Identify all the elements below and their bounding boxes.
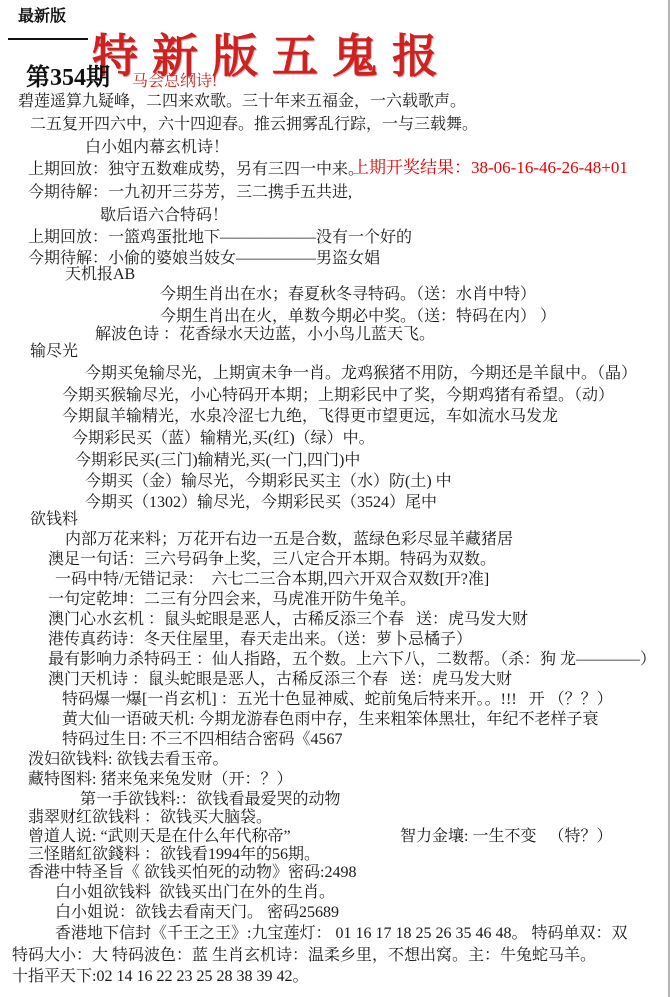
text-line: 今期彩民买(三门)输精光,买(一门,四门)中 [75, 451, 360, 470]
text-line: 碧莲遥算九疑峰，二四来欢歌。三十年来五福金，一六载歌声。 [18, 92, 466, 111]
text-line: 今期鼠羊输精光，水泉冷涩七九绝，飞得更市望更远，车如流水马发龙 [62, 407, 558, 426]
text-line: 曾道人说: “武则天是在什么年代称帝” [28, 827, 291, 846]
text-line: 特码爆一爆[一肖玄机] ：五光十色显神威、蛇前兔后特来开。。!!! 开 （？？） [62, 690, 613, 709]
text-line: 澳门天机诗 ：鼠头蛇眼是恶人，古稀反添三个春 送：虎马发大财 [48, 670, 512, 689]
text-line: 白小姐内幕玄机诗！ [85, 138, 229, 157]
text-line: 今期买（金）输尽光，今期彩民买主（水）防(土) 中 [85, 472, 452, 491]
lottery-tip-sheet: { "page": { "background": "#ffffff", "ti… [0, 0, 670, 997]
text-line: 内部万花来料；万花开右边一五是合数，蓝绿色彩尽显羊藏猪居 [65, 530, 513, 549]
issue-number: 第354期 [26, 57, 110, 92]
text-line: 三怪賭紅欲錢料 ：欲钱看1994年的56期。 [28, 845, 320, 864]
text-line: 今期买猴输尽光，小心特码开本期；上期彩民中了奖，今期鸡猪有希望。（动） [62, 386, 614, 405]
text-line: 泼妇欲钱料: 欲钱去看玉帝。 [28, 750, 228, 769]
text-line: 输尽光 [30, 342, 78, 361]
text-line: 一句定乾坤：二三有分四会来，马虎准开防牛兔羊。 [48, 590, 416, 609]
edition-label: 最新版 [18, 3, 66, 26]
text-line: 第一手欲钱料:：欲钱看最爱哭的动物 [80, 790, 340, 809]
text-line: 上期回放：一篮鸡蛋批地下——————没有一个好的 [28, 228, 412, 247]
text-line: 今期买兔输尽光，上期寅未争一肖。龙鸡猴猪不用防，今期还是羊鼠中。（晶） [85, 364, 637, 383]
text-line: 今期买（1302）输尽光，今期彩民买（3524）尾中 [85, 493, 437, 512]
text-line: 藏特图料: 猪来兔来兔发财（开：？） [28, 770, 292, 789]
text-line: 今期彩民买（蓝）输精光,买(红)（绿）中。 [72, 429, 375, 448]
text-line: 澳足一句话：三六号码争上奖，三八定合开本期。特码为双数。 [48, 550, 496, 569]
text-line: 香港中特圣旨《 欲钱买怕死的动物》密码:2498 [28, 863, 356, 882]
text-line: 上期开奖结果：38-06-16-46-26-48+01 [352, 158, 628, 177]
text-line: 最有影响力杀特码王 ：仙人指路，五个数。上六下八，二数帮。（杀：狗 龙————） [48, 650, 656, 669]
text-line: 智力金壤: 一生不变 （特？） [400, 827, 612, 846]
text-line: 白小姐欲钱料 欲钱买出门在外的生肖。 [55, 883, 335, 902]
text-line: 二五复开四六中，六十四迎春。推云拥雾乱行踪，一与三载舞。 [30, 115, 478, 134]
text-line: 香港地下信封《千王之王》:九宝莲灯： 01 16 17 18 25 26 35 … [55, 924, 627, 943]
text-line: 港传真药诗：冬天住屋里，春天走出来。（送：萝卜忌橘子） [48, 630, 472, 649]
text-line: 天机报AB [65, 265, 135, 284]
text-line: 特码过生日: 不三不四相结合密码《4567 [62, 730, 342, 749]
text-line: 欲钱料 [30, 510, 78, 529]
text-line: 十指平天下:02 14 16 22 23 25 28 38 39 42。 [12, 967, 308, 986]
text-line: 上期回放：独守五数难成势，另有三四一中来。 [28, 160, 364, 179]
sheet: 最新版 特新版五鬼报 第354期 马会总纲诗! 碧莲遥算九疑峰，二四来欢歌。三十… [0, 0, 668, 997]
text-line: 特码大小：大 特码波色：蓝 生肖玄机诗：温柔乡里，不想出窝。主：牛兔蛇马羊。 [12, 946, 596, 965]
text-line: 一码中特/无错记录： 六七二三合本期,四六开双合双数[开?准] [55, 570, 489, 589]
text-line: 歇后语六合特码！ [100, 206, 228, 225]
text-line: 翡翠财红欲钱料 ：欲钱买大脑袋。 [28, 808, 272, 827]
text-line: 解波色诗 ：花香绿水天边蓝，小小鸟儿蓝天飞。 [95, 325, 435, 344]
text-line: 黄大仙一语破天机: 今期龙游春色雨中存，生来粗笨体黑壮，年纪不老样子衰 [62, 710, 598, 729]
masthead-subtitle: 马会总纲诗! [132, 68, 217, 91]
text-line: 今期生肖出在水；春夏秋冬寻特码。（送：水肖中特） [160, 285, 536, 304]
text-line: 白小姐说：欲钱去看南天门。 密码25689 [55, 903, 339, 922]
masthead-rule [8, 38, 88, 40]
text-line: 今期生肖出在火，单数今期必中奖。（送：特码在内） ） [160, 307, 556, 326]
text-line: 澳门心水玄机 ：鼠头蛇眼是恶人，古稀反添三个春 送：虎马发大财 [48, 610, 528, 629]
text-line: 今期待解：一九初开三芬芳，三二携手五共进, [28, 183, 352, 202]
